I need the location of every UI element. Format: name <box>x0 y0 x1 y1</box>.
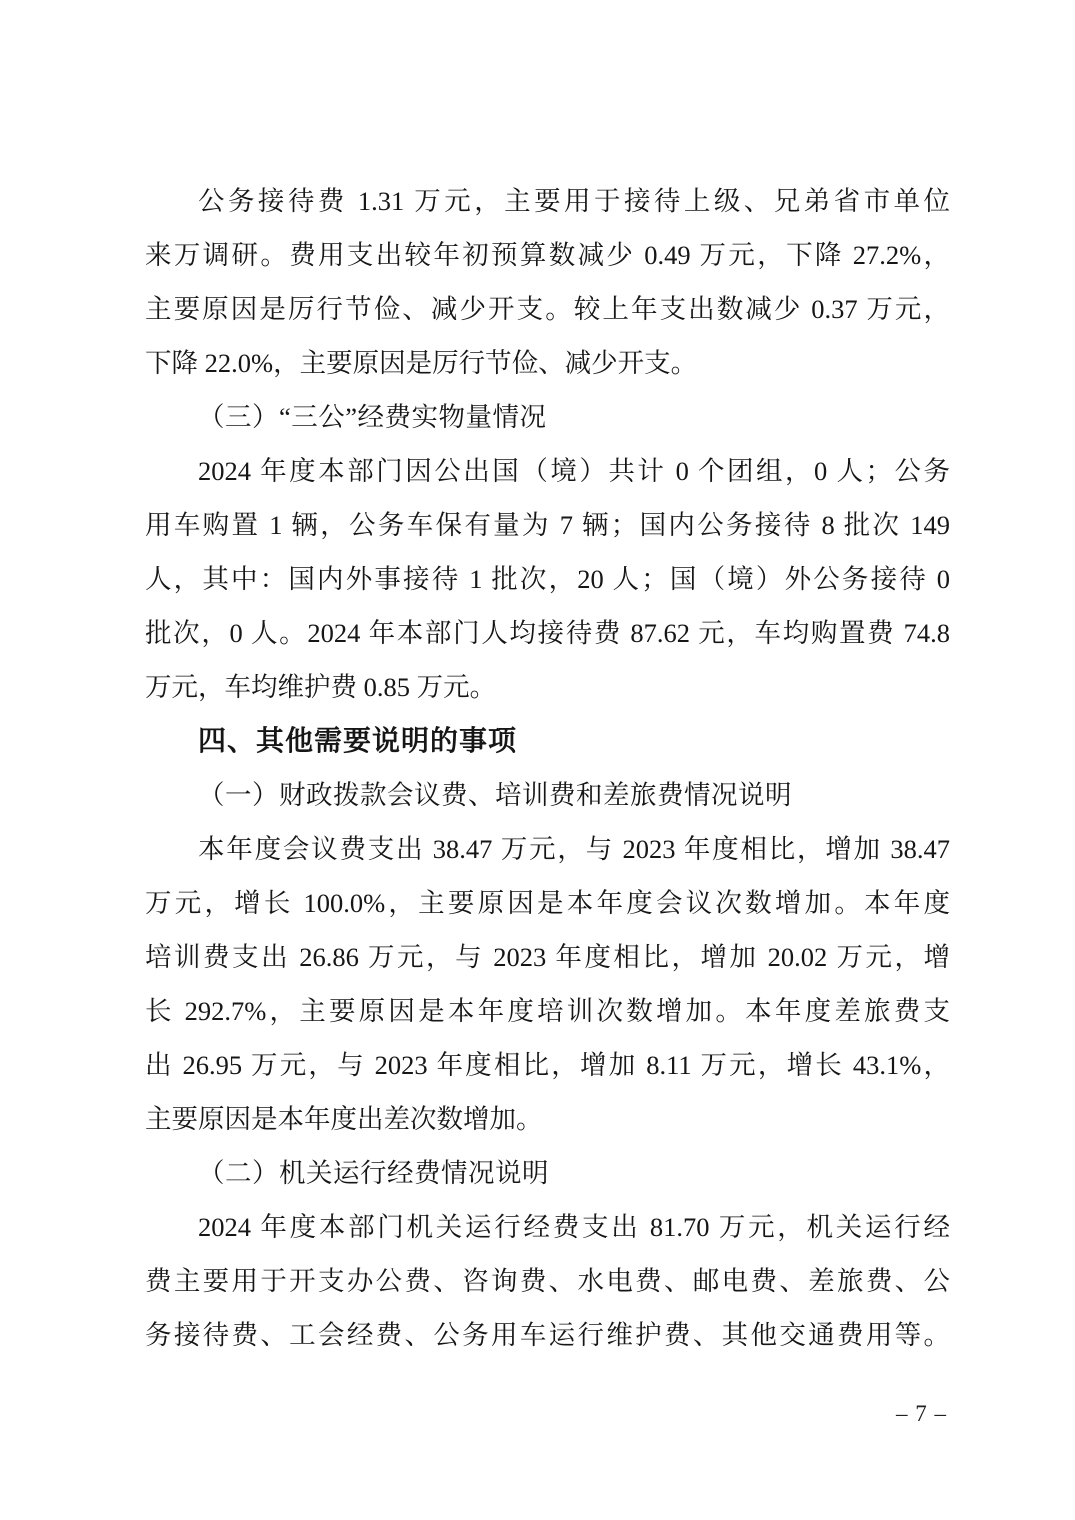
paragraph-line: 本年度会议费支出 38.47 万元，与 2023 年度相比，增加 38.47 <box>145 822 950 876</box>
section-heading-four: 四、其他需要说明的事项 <box>145 714 950 768</box>
subsection-heading-two: （二）机关运行经费情况说明 <box>145 1146 950 1200</box>
paragraph-line: 下降 22.0%，主要原因是厉行节俭、减少开支。 <box>145 336 950 390</box>
paragraph-line: 公务接待费 1.31 万元，主要用于接待上级、兄弟省市单位 <box>145 174 950 228</box>
subsection-heading-one: （一）财政拨款会议费、培训费和差旅费情况说明 <box>145 768 950 822</box>
document-page: 公务接待费 1.31 万元，主要用于接待上级、兄弟省市单位 来万调研。费用支出较… <box>0 0 1075 1520</box>
paragraph-line: 人，其中：国内外事接待 1 批次，20 人；国（境）外公务接待 0 <box>145 552 950 606</box>
paragraph-line: 务接待费、工会经费、公务用车运行维护费、其他交通费用等。 <box>145 1308 950 1362</box>
paragraph-line: 长 292.7%，主要原因是本年度培训次数增加。本年度差旅费支 <box>145 984 950 1038</box>
subsection-heading-three: （三）“三公”经费实物量情况 <box>145 390 950 444</box>
paragraph-line: 出 26.95 万元，与 2023 年度相比，增加 8.11 万元，增长 43.… <box>145 1038 950 1092</box>
paragraph-line: 批次，0 人。2024 年本部门人均接待费 87.62 元，车均购置费 74.8 <box>145 606 950 660</box>
paragraph-line: 主要原因是厉行节俭、减少开支。较上年支出数减少 0.37 万元， <box>145 282 950 336</box>
paragraph-line: 费主要用于开支办公费、咨询费、水电费、邮电费、差旅费、公 <box>145 1254 950 1308</box>
paragraph-line: 来万调研。费用支出较年初预算数减少 0.49 万元，下降 27.2%， <box>145 228 950 282</box>
paragraph-line: 用车购置 1 辆，公务车保有量为 7 辆；国内公务接待 8 批次 149 <box>145 498 950 552</box>
paragraph-line: 2024 年度本部门因公出国（境）共计 0 个团组，0 人；公务 <box>145 444 950 498</box>
paragraph-line: 万元，增长 100.0%，主要原因是本年度会议次数增加。本年度 <box>145 876 950 930</box>
paragraph-line: 万元，车均维护费 0.85 万元。 <box>145 660 950 714</box>
document-body: 公务接待费 1.31 万元，主要用于接待上级、兄弟省市单位 来万调研。费用支出较… <box>145 174 950 1362</box>
paragraph-line: 2024 年度本部门机关运行经费支出 81.70 万元，机关运行经 <box>145 1200 950 1254</box>
paragraph-line: 主要原因是本年度出差次数增加。 <box>145 1092 950 1146</box>
page-number: – 7 – <box>896 1398 947 1430</box>
paragraph-line: 培训费支出 26.86 万元，与 2023 年度相比，增加 20.02 万元，增 <box>145 930 950 984</box>
